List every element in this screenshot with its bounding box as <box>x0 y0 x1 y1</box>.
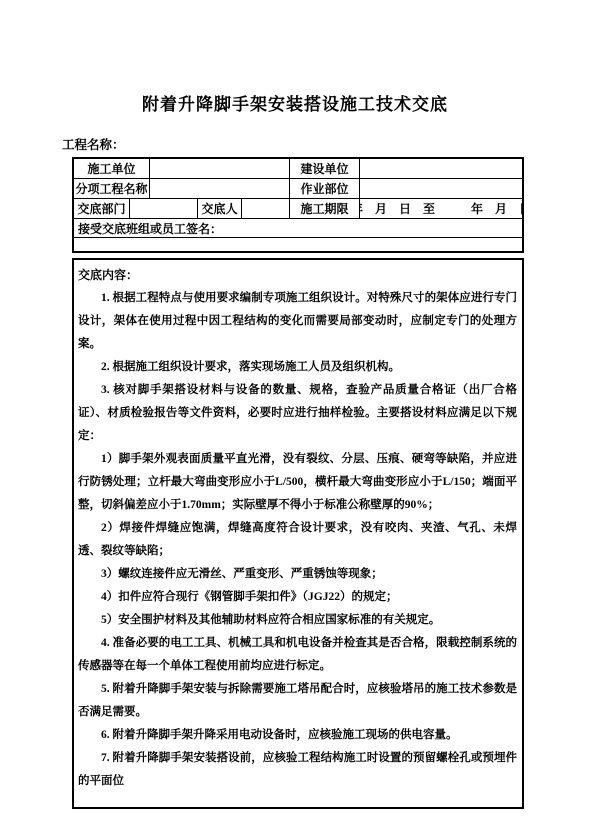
content-paragraph: 3. 核对脚手架搭设材料与设备的数量、规格，查验产品质量合格证（出厂合格证）、材… <box>78 379 517 448</box>
info-table: 施工单位 建设单位 分项工程名称 作业部位 交底部门 交底人 施工期限 年 月 … <box>72 157 524 253</box>
document-page: 附着升降脚手架安装搭设施工技术交底 工程名称： 施工单位 建设单位 分项工程名称… <box>0 0 590 835</box>
signature-label: 接受交底班组或员工签名： <box>74 219 522 237</box>
info-row-subproject: 分项工程名称 作业部位 <box>74 179 522 199</box>
content-paragraph: 4. 准备必要的电工工具、机械工具和机电设备并检查其是否合格，限载控制系统的传感… <box>78 632 517 678</box>
construction-unit-label: 施工单位 <box>74 159 150 178</box>
content-paragraph: 5. 附着升降脚手架安装与拆除需要施工塔吊配合时，应核验塔吊的施工技术参数是否满… <box>78 678 517 724</box>
content-heading: 交底内容： <box>78 264 517 287</box>
client-unit-value-cell <box>360 159 522 178</box>
disclosure-dept-label: 交底部门 <box>74 199 130 218</box>
content-paragraph: 7. 附着升降脚手架安装搭设前，应核验工程结构施工时设置的预留螺栓孔或预埋件的平… <box>78 747 517 793</box>
client-unit-label: 建设单位 <box>290 159 360 178</box>
info-row-disclosure: 交底部门 交底人 施工期限 年 月 日 至 年 月 日 <box>74 199 522 219</box>
sub-project-label: 分项工程名称 <box>74 179 150 198</box>
project-name-label: 工程名称： <box>62 138 590 152</box>
discloser-label: 交底人 <box>198 199 242 218</box>
info-row-units: 施工单位 建设单位 <box>74 159 522 179</box>
construction-unit-value-cell <box>150 159 290 178</box>
content-paragraph: 2. 根据施工组织设计要求，落实现场施工人员及组织机构。 <box>78 356 517 379</box>
discloser-value-cell <box>242 199 290 218</box>
content-paragraph: 1. 根据工程特点与使用要求编制专项施工组织设计。对特殊尺寸的架体应进行专门设计… <box>78 287 517 356</box>
signature-space-cell <box>74 238 522 251</box>
content-paragraph: 5）安全围护材料及其他辅助材料应符合相应国家标准的有关规定。 <box>78 609 517 632</box>
content-paragraph: 4）扣件应符合现行《钢管脚手架扣件》（JGJ22）的规定； <box>78 586 517 609</box>
info-row-signature-space <box>74 238 522 251</box>
period-label: 施工期限 <box>290 199 360 218</box>
period-value-cell: 年 月 日 至 年 月 日 <box>360 199 522 218</box>
content-paragraph: 1）脚手架外观表面质量平直光滑，没有裂纹、分层、压痕、硬弯等缺陷，并应进行防锈处… <box>78 448 517 517</box>
work-part-value-cell <box>360 179 522 198</box>
info-row-signature: 接受交底班组或员工签名： <box>74 219 522 238</box>
document-title: 附着升降脚手架安装搭设施工技术交底 <box>0 0 590 115</box>
work-part-label: 作业部位 <box>290 179 360 198</box>
content-paragraph: 6. 附着升降脚手架升降采用电动设备时，应核验施工现场的供电容量。 <box>78 724 517 747</box>
disclosure-content-box: 交底内容： 1. 根据工程特点与使用要求编制专项施工组织设计。对特殊尺寸的架体应… <box>72 258 524 809</box>
sub-project-value-cell <box>150 179 290 198</box>
disclosure-dept-value-cell <box>130 199 198 218</box>
content-paragraph: 2）焊接件焊缝应饱满，焊缝高度符合设计要求，没有咬肉、夹渣、气孔、未焊透、裂纹等… <box>78 517 517 563</box>
content-paragraph: 3）螺纹连接件应无滑丝、严重变形、严重锈蚀等现象； <box>78 563 517 586</box>
